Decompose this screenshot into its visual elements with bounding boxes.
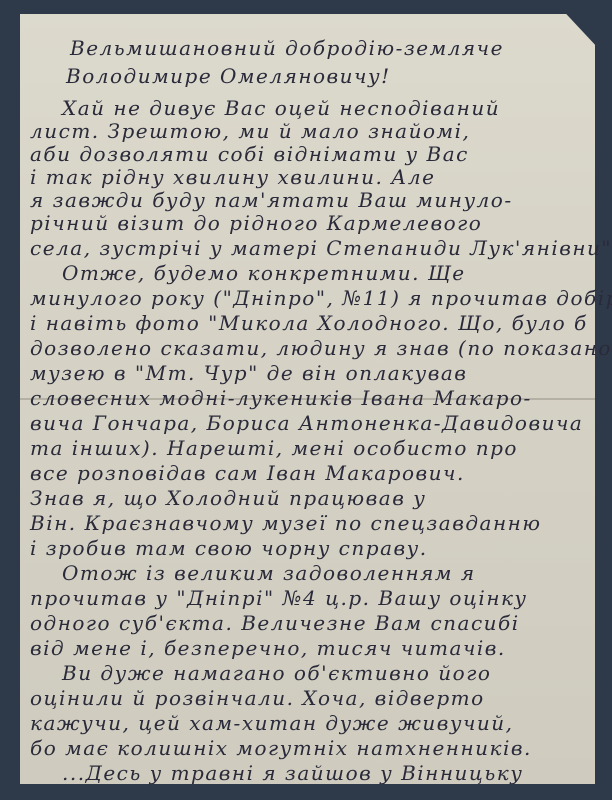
letter-line: річний візит до рідного Кармелевого [30, 211, 482, 235]
letter-line: дозволено сказати, людину я знав (по пок… [30, 336, 612, 360]
letter-line: одного суб'єкта. Величезне Вам спасибі [30, 611, 520, 635]
letter-line: Ви дуже намагано об'єктивно його [62, 661, 491, 685]
letter-line: оцінили й розвінчали. Хоча, відверто [30, 686, 485, 710]
letter-line: словесних модні-лукеників Івана Макаро- [30, 386, 532, 410]
letter-line: села, зустрічі у матері Степаниди Лук'ян… [30, 236, 612, 260]
letter-line: і зробив там свою чорну справу. [30, 536, 428, 560]
letter-line: все розповідав сам Іван Макарович. [30, 461, 465, 485]
letter-line: та інших). Нарешті, мені особисто про [30, 436, 518, 460]
letter-line: лист. Зрештою, ми й мало знайомі, [30, 119, 470, 143]
letter-line: Отже, будемо конкретними. Ще [62, 261, 466, 285]
letter-line: прочитав у "Дніпрі" №4 ц.р. Вашу оцінку [30, 586, 528, 610]
letter-line: вича Гончара, Бориса Антоненка-Давидович… [30, 411, 583, 435]
letter-line: і навіть фото "Микола Холодного. Що, бул… [30, 311, 588, 335]
letter-line: кажучи, цей хам-хитан дуже живучий, [30, 711, 514, 735]
letter-line: Отож із великим задоволенням я [62, 561, 476, 585]
letter-line: аби дозволяти собі віднімати у Вас [30, 142, 469, 166]
letter-line: ...Десь у травні я зайшов у Вінницьку [62, 761, 523, 785]
letter-line: музею в "Мт. Чур" де він оплакував [30, 361, 467, 385]
letter-line: Він. Краєзнавчому музеї по спецзавданню [30, 511, 541, 535]
letter-line: Хай не дивує Вас оцей несподіваний [62, 96, 500, 120]
letter-line: я завжди буду пам'ятати Ваш минуло- [30, 188, 513, 212]
greeting-line: Володимире Омеляновичу! [66, 64, 391, 88]
letter-line: Знав я, що Холодний працював у [30, 486, 426, 510]
letter-line: минулого року ("Дніпро", №11) я прочитав… [30, 286, 612, 310]
letter-line: і так рідну хвилину хвилини. Але [30, 165, 435, 189]
letter-line: бо має колишніх могутніх натхненників. [30, 736, 532, 760]
letter-line: від мене і, безперечно, тисяч читачів. [30, 636, 506, 660]
greeting-line: Вельмишановний добродію-земляче [70, 36, 504, 60]
